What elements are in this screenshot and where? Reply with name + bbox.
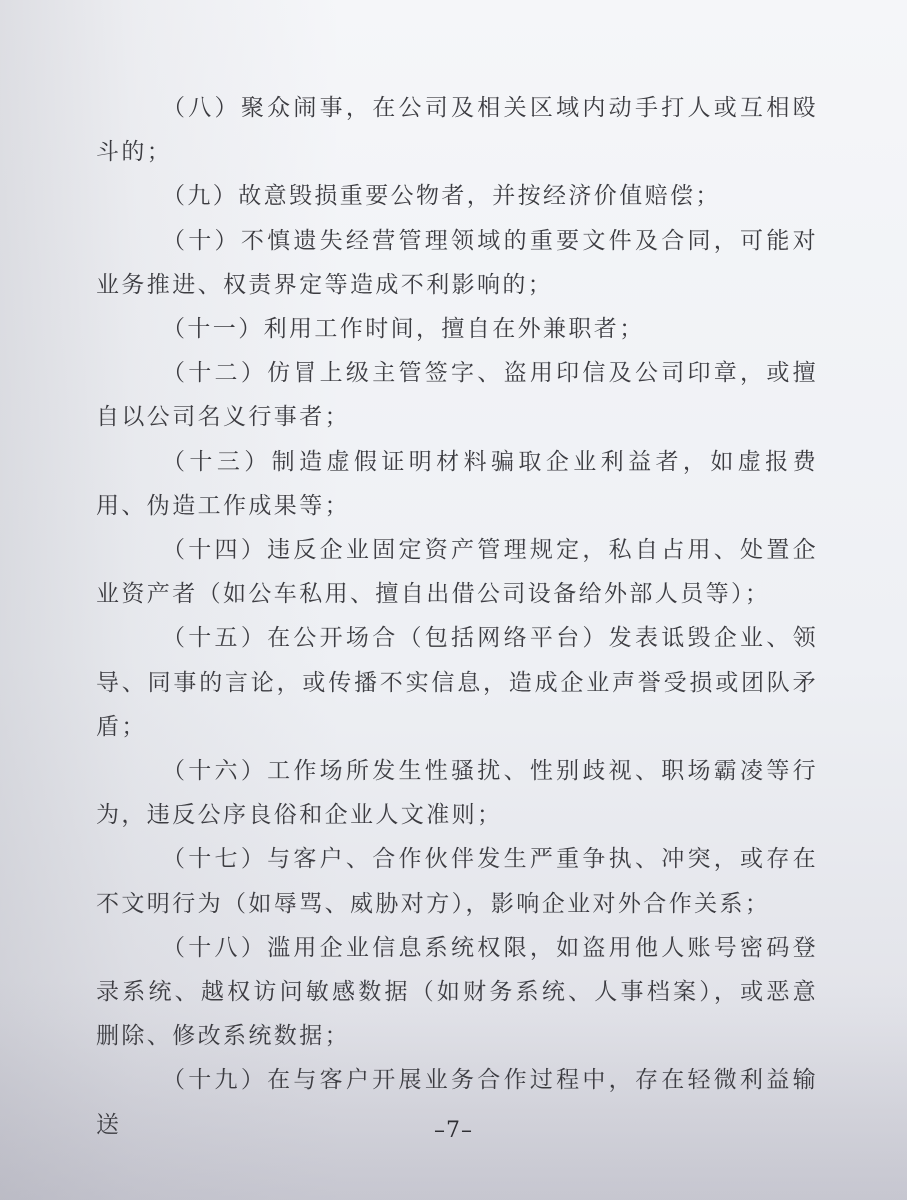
document-body: （八）聚众闹事，在公司及相关区域内动手打人或互相殴斗的； （九）故意毁损重要公物… [96, 86, 818, 1147]
clause-18: （十八）滥用企业信息系统权限，如盗用他人账号密码登录系统、越权访问敏感数据（如财… [96, 926, 818, 1059]
clause-12: （十二）仿冒上级主管签字、盗用印信及公司印章，或擅自以公司名义行事者； [96, 351, 818, 439]
clause-10: （十）不慎遗失经营管理领域的重要文件及合同，可能对业务推进、权责界定等造成不利影… [96, 219, 818, 307]
page-number: –7– [0, 1118, 907, 1143]
clause-16: （十六）工作场所发生性骚扰、性别歧视、职场霸凌等行为，违反公序良俗和企业人文准则… [96, 749, 818, 837]
clause-8: （八）聚众闹事，在公司及相关区域内动手打人或互相殴斗的； [96, 86, 818, 174]
clause-17: （十七）与客户、合作伙伴发生严重争执、冲突，或存在不文明行为（如辱骂、威胁对方）… [96, 837, 818, 925]
clause-13: （十三）制造虚假证明材料骗取企业利益者，如虚报费用、伪造工作成果等； [96, 440, 818, 528]
clause-14: （十四）违反企业固定资产管理规定，私自占用、处置企业资产者（如公车私用、擅自出借… [96, 528, 818, 616]
clause-11: （十一）利用工作时间，擅自在外兼职者； [96, 307, 818, 351]
clause-9: （九）故意毁损重要公物者，并按经济价值赔偿； [96, 174, 818, 218]
clause-15: （十五）在公开场合（包括网络平台）发表诋毁企业、领导、同事的言论，或传播不实信息… [96, 616, 818, 749]
